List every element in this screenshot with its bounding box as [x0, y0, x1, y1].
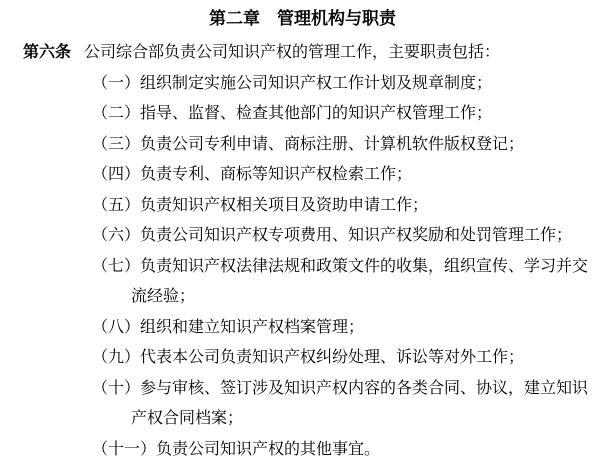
item-marker: （一）: [92, 75, 140, 92]
item-marker: （二）: [92, 105, 140, 122]
item-marker: （五）: [92, 197, 140, 214]
chapter-title: 第二章 管理机构与职责: [0, 0, 605, 38]
item-text: 负责知识产权相关项目及资助申请工作；: [140, 197, 428, 214]
list-item: （八）组织和建立知识产权档案管理；: [0, 313, 589, 344]
item-text: 负责知识产权法律法规和政策文件的收集，组织宣传、学习并交流经验；: [131, 258, 588, 306]
list-item: （九）代表本公司负责知识产权纠纷处理、诉讼等对外工作；: [0, 343, 589, 374]
item-text: 组织和建立知识产权档案管理；: [140, 319, 364, 336]
list-item: （十）参与审核、签订涉及知识产权内容的各类合同、协议，建立知识产权合同档案；: [0, 374, 589, 435]
item-text: 负责专利、商标等知识产权检索工作；: [140, 166, 412, 183]
list-item: （七）负责知识产权法律法规和政策文件的收集，组织宣传、学习并交流经验；: [0, 252, 589, 313]
list-item: （十一）负责公司知识产权的其他事宜。: [0, 435, 589, 466]
item-marker: （十）: [92, 380, 140, 397]
item-list: （一）组织制定实施公司知识产权工作计划及规章制度； （二）指导、监督、检查其他部…: [0, 69, 605, 466]
item-marker: （九）: [92, 349, 140, 366]
document-page: 第二章 管理机构与职责 第六条公司综合部负责公司知识产权的管理工作，主要职责包括…: [0, 0, 605, 470]
item-marker: （三）: [92, 136, 140, 153]
item-text: 代表本公司负责知识产权纠纷处理、诉讼等对外工作；: [140, 349, 524, 366]
item-marker: （十一）: [92, 441, 156, 458]
clause-paragraph: 第六条公司综合部负责公司知识产权的管理工作，主要职责包括：: [0, 38, 605, 69]
list-item: （二）指导、监督、检查其他部门的知识产权管理工作；: [0, 99, 589, 130]
item-marker: （八）: [92, 319, 140, 336]
list-item: （五）负责知识产权相关项目及资助申请工作；: [0, 191, 589, 222]
list-item: （四）负责专利、商标等知识产权检索工作；: [0, 160, 589, 191]
list-item: （六）负责公司知识产权专项费用、知识产权奖励和处罚管理工作；: [0, 221, 589, 252]
item-marker: （四）: [92, 166, 140, 183]
list-item: （一）组织制定实施公司知识产权工作计划及规章制度；: [0, 69, 589, 100]
clause-number: 第六条: [23, 44, 71, 61]
clause-text: 公司综合部负责公司知识产权的管理工作，主要职责包括：: [84, 44, 500, 61]
item-marker: （七）: [92, 258, 140, 275]
item-text: 参与审核、签订涉及知识产权内容的各类合同、协议，建立知识产权合同档案；: [131, 380, 588, 428]
item-marker: （六）: [92, 227, 140, 244]
item-text: 负责公司专利申请、商标注册、计算机软件版权登记；: [140, 136, 524, 153]
item-text: 负责公司知识产权专项费用、知识产权奖励和处罚管理工作；: [140, 227, 572, 244]
item-text: 指导、监督、检查其他部门的知识产权管理工作；: [140, 105, 492, 122]
list-item: （三）负责公司专利申请、商标注册、计算机软件版权登记；: [0, 130, 589, 161]
item-text: 组织制定实施公司知识产权工作计划及规章制度；: [140, 75, 492, 92]
item-text: 负责公司知识产权的其他事宜。: [156, 441, 380, 458]
